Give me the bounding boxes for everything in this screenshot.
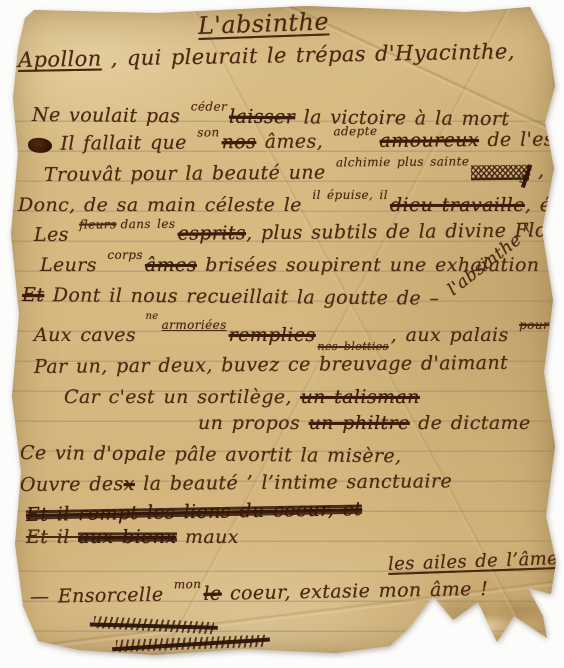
segment-plain: la victoire à la mort	[295, 106, 509, 130]
segment-strike: Et il	[26, 526, 78, 548]
segment-below-strike: nes blotties	[318, 340, 389, 353]
line-il-fallait: Il fallait que sonnos âmes, adepteamoure…	[28, 128, 564, 155]
segment-scrib: laisser	[229, 106, 295, 129]
line-sortilege: Car c'est un sortilège, un talisman	[64, 386, 420, 408]
segment-plain: pétillants,	[551, 324, 564, 346]
segment-scrib: âmes	[145, 254, 197, 276]
segment-plain: Il fallait que	[52, 132, 196, 155]
segment-above: dans les	[121, 217, 176, 231]
segment-above: son	[197, 125, 219, 139]
segment-scrawl	[519, 167, 532, 185]
segment-above: corps	[107, 248, 143, 262]
segment-plain: Donc, de sa main céleste le	[18, 194, 310, 216]
line-les-esprits: Les fleursdans lesesprits, plus subtils …	[34, 219, 564, 246]
segment-plain: Ce vin d'opale pâle avortit la misère,	[20, 442, 402, 467]
segment-plain: , éreinte	[525, 194, 564, 216]
segment-above: mon	[174, 577, 202, 591]
segment-plain: Ouvre des	[20, 473, 124, 496]
segment-plain: âmes,	[256, 130, 331, 153]
segment-plain: coeur, extasie mon âme !	[221, 578, 488, 605]
segment-scrib: x	[124, 473, 135, 495]
segment-plain: un propos	[198, 412, 309, 434]
segment-plain: Car c'est un sortilège,	[64, 386, 300, 408]
segment-scrib: un talisman	[300, 386, 419, 408]
segment-plain: , aux palais	[391, 324, 517, 346]
paper-shadow-wrap: L'absinthe Apollon , qui pleurait le tré…	[0, 0, 564, 668]
segment-plain: Trouvât pour la beauté une	[44, 161, 334, 186]
line-donc: Donc, de sa main céleste le il épuise, i…	[18, 194, 564, 216]
segment-above-strike: pour	[519, 318, 549, 332]
segment-scrib: un philtre	[309, 412, 410, 434]
line-ne-voulait: Ne voulait pas céderlaisser la victoire …	[32, 104, 510, 130]
line-ensorcelle: — Ensorcelle monle coeur, extasie mon âm…	[30, 578, 489, 608]
handwriting-layer: L'absinthe Apollon , qui pleurait le tré…	[6, 4, 558, 656]
segment-plain: Par un, par deux, buvez ce breuvage d'ai…	[34, 352, 508, 378]
segment-above2: ne	[145, 311, 158, 322]
segment-scrib: amoureux	[379, 129, 479, 152]
segment-plain: la beauté ’ l’intime sanctuaire	[135, 470, 452, 495]
segment-plain: de l'essor,	[479, 128, 564, 151]
segment-plain: Ne voulait pas	[32, 104, 189, 127]
line-rompt-struck: Et il rompt les liens du coeur, et	[26, 498, 363, 526]
line-ouvre: Ouvre desx la beauté ’ l’intime sanctuai…	[20, 470, 452, 496]
scratched-signature-2	[116, 629, 267, 656]
segment-heavy: Et il rompt les liens du coeur, et	[26, 498, 363, 526]
segment-scrib: Et	[22, 284, 45, 306]
segment-scrib: nos	[222, 131, 257, 153]
segment-plain: Leurs	[40, 254, 105, 276]
segment-blot	[28, 137, 52, 152]
segment-scrib: esprits	[177, 222, 246, 245]
line-ailes: les ailes de l’âme	[388, 548, 559, 575]
segment-above-underline: armoriées	[162, 318, 227, 332]
segment-plain: , qui pleurait le trépas d'Hyacinthe,	[101, 39, 515, 70]
segment-above: céder	[191, 99, 227, 113]
segment-plain: Dont il nous recueillait la goutte de –	[44, 284, 439, 309]
segment-underline: les ailes de l’âme	[388, 548, 559, 575]
segment-plain: Les	[34, 224, 77, 246]
segment-above: alchimie plus sainte	[336, 154, 470, 169]
segment-scrawl	[116, 635, 266, 652]
segment-above-strike: fleurs	[79, 217, 117, 231]
line-vin-opale: Ce vin d'opale pâle avortit la misère,	[20, 442, 402, 467]
segment-above: adepte	[333, 124, 377, 138]
segment-plain: Aux caves	[34, 324, 144, 346]
segment-heavy: aux bienx	[78, 526, 176, 548]
line-propos: un propos un philtre de dictame	[198, 412, 531, 434]
segment-scrib: remplies	[229, 324, 316, 346]
line-dont-il: Et Dont il nous recueillait la goutte de…	[22, 284, 440, 310]
segment-above: il épuise, il	[312, 188, 388, 202]
line-trouvat: Trouvât pour la beauté une alchimie plus…	[44, 160, 545, 186]
segment-plain: maux	[177, 526, 239, 548]
segment-plain: — Ensorcelle	[30, 584, 172, 608]
segment-scrib: le	[203, 583, 222, 605]
line-apollon: Apollon , qui pleurait le trépas d'Hyaci…	[18, 39, 515, 72]
line-aux-caves: Aux caves nearmoriéesrempliesnes blottie…	[34, 324, 564, 346]
manuscript-paper: L'absinthe Apollon , qui pleurait le tré…	[6, 4, 558, 656]
segment-underline: Apollon	[18, 47, 102, 72]
segment-scrib: dieu travaille	[390, 194, 525, 216]
line-maux: Et il aux bienx maux	[26, 526, 239, 548]
manuscript-scan: L'absinthe Apollon , qui pleurait le tré…	[0, 0, 564, 668]
segment-plain: de dictame	[410, 412, 531, 434]
line-par-un: Par un, par deux, buvez ce breuvage d'ai…	[34, 352, 508, 378]
poem-title: L'absinthe	[198, 7, 330, 40]
